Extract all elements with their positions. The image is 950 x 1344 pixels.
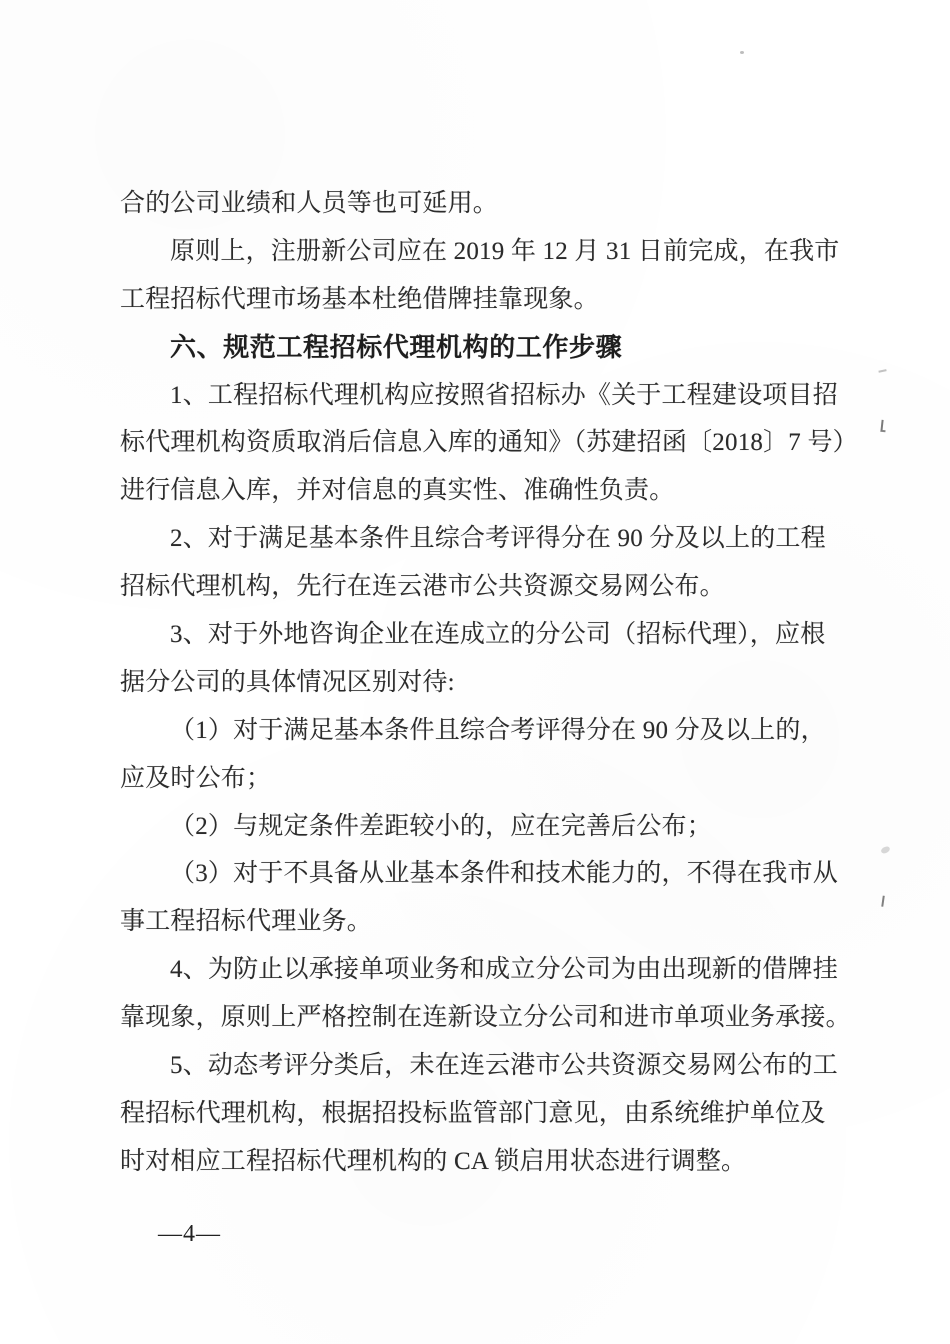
text-line: 进行信息入库，并对信息的真实性、准确性负责。 bbox=[120, 467, 852, 515]
text-line: （1）对于满足基本条件且综合考评得分在 90 分及以上的， bbox=[120, 707, 852, 755]
text-line: 1、工程招标代理机构应按照省招标办《关于工程建设项目招 bbox=[120, 372, 852, 420]
text-line: 标代理机构资质取消后信息入库的通知》（苏建招函〔2018〕7 号） bbox=[120, 419, 852, 467]
scan-artifact bbox=[880, 846, 891, 855]
text-line: 靠现象，原则上严格控制在连新设立分公司和进市单项业务承接。 bbox=[120, 994, 852, 1042]
text-line: （2）与规定条件差距较小的，应在完善后公布； bbox=[120, 803, 852, 851]
scan-artifact bbox=[740, 51, 744, 54]
text-line: 招标代理机构，先行在连云港市公共资源交易网公布。 bbox=[120, 563, 852, 611]
text-line: 工程招标代理市场基本杜绝借牌挂靠现象。 bbox=[120, 276, 852, 324]
scan-artifact bbox=[877, 364, 886, 373]
text-line: 合的公司业绩和人员等也可延用。 bbox=[120, 180, 852, 228]
text-line: 时对相应工程招标代理机构的 CA 锁启用状态进行调整。 bbox=[120, 1138, 852, 1186]
text-line: （3）对于不具备从业基本条件和技术能力的，不得在我市从 bbox=[120, 850, 852, 898]
text-line: 事工程招标代理业务。 bbox=[120, 898, 852, 946]
text-line: 5、动态考评分类后，未在连云港市公共资源交易网公布的工 bbox=[120, 1042, 852, 1090]
text-line: 原则上，注册新公司应在 2019 年 12 月 31 日前完成，在我市 bbox=[120, 228, 852, 276]
document-body: 合的公司业绩和人员等也可延用。原则上，注册新公司应在 2019 年 12 月 3… bbox=[120, 180, 852, 1186]
scan-artifact bbox=[880, 420, 886, 432]
text-line: 2、对于满足基本条件且综合考评得分在 90 分及以上的工程 bbox=[120, 515, 852, 563]
text-line: 3、对于外地咨询企业在连成立的分公司（招标代理），应根 bbox=[120, 611, 852, 659]
text-line: 4、为防止以承接单项业务和成立分公司为由出现新的借牌挂 bbox=[120, 946, 852, 994]
section-heading: 六、规范工程招标代理机构的工作步骤 bbox=[120, 324, 852, 372]
scan-artifact bbox=[881, 896, 888, 908]
scanned-document-page: 合的公司业绩和人员等也可延用。原则上，注册新公司应在 2019 年 12 月 3… bbox=[0, 0, 950, 1344]
text-line: 据分公司的具体情况区别对待: bbox=[120, 659, 852, 707]
page-number: —4— bbox=[158, 1221, 221, 1248]
text-line: 应及时公布； bbox=[120, 755, 852, 803]
text-line: 程招标代理机构，根据招投标监管部门意见，由系统维护单位及 bbox=[120, 1090, 852, 1138]
